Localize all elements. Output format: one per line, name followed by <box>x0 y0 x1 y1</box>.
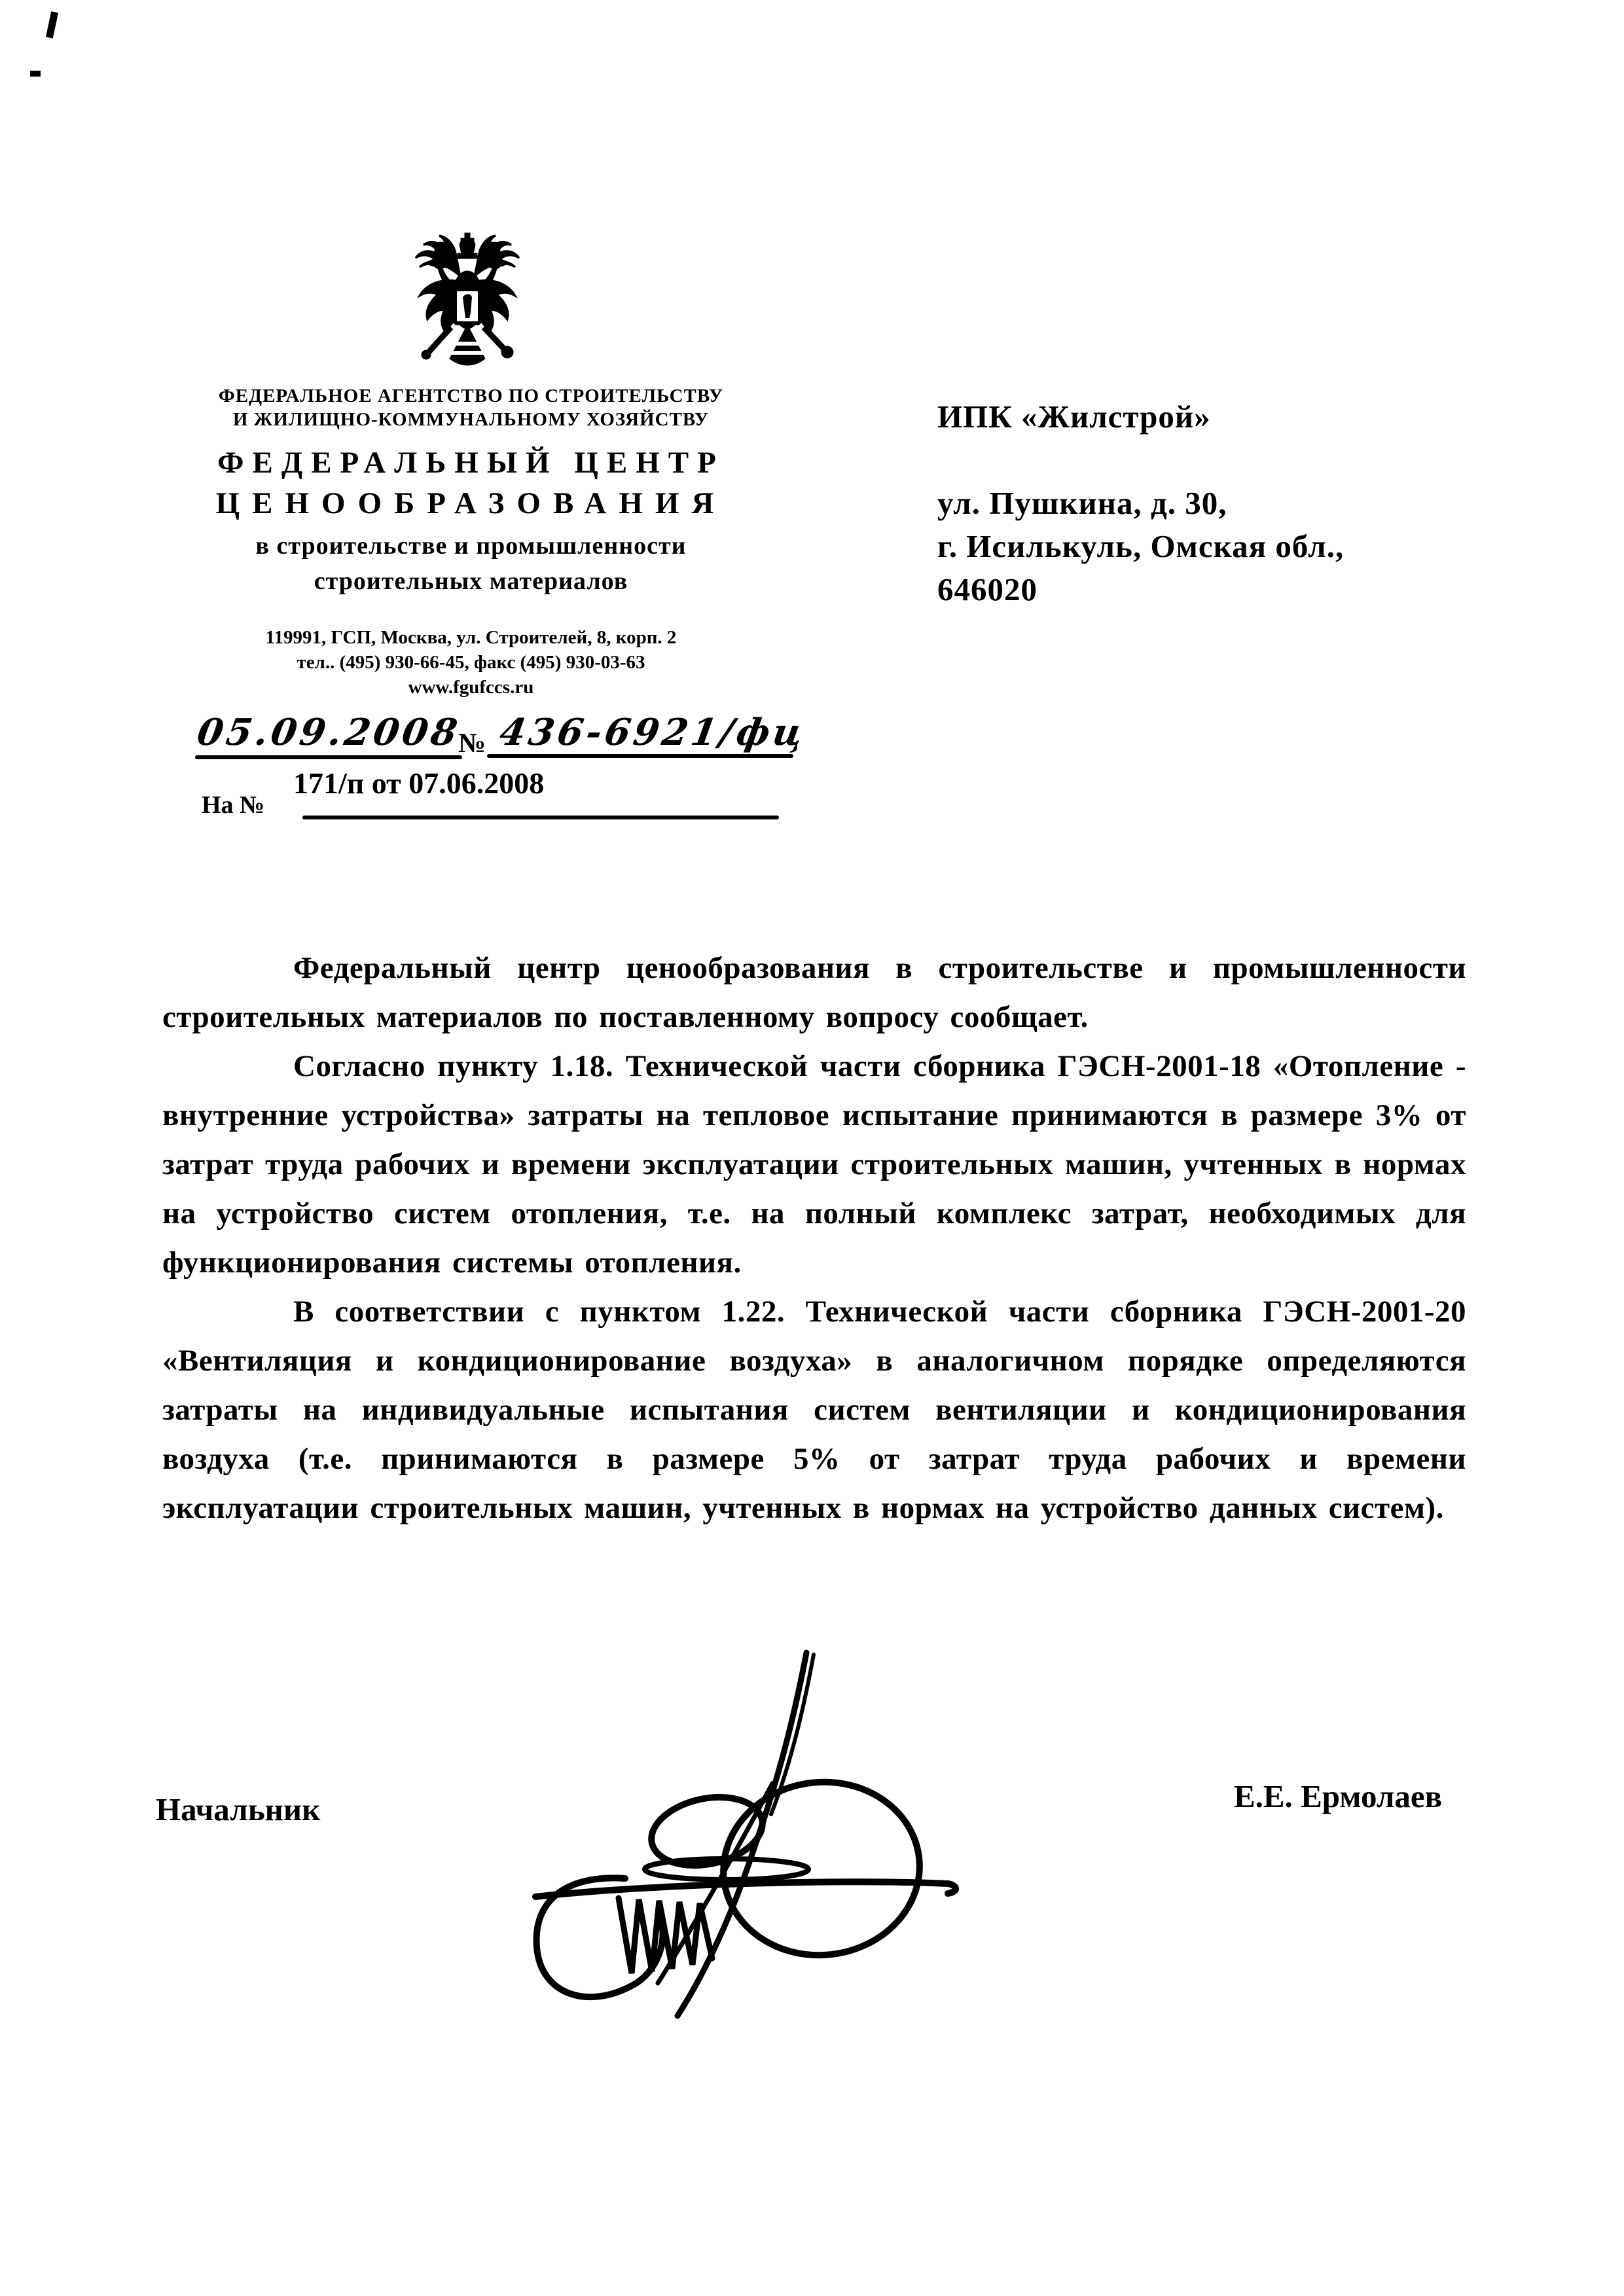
org-title-line2: ЦЕНООБРАЗОВАНИЯ <box>152 486 790 521</box>
signature-icon <box>511 1617 969 2036</box>
recipient-address-line2: г. Исилькуль, Омская обл., <box>937 528 1344 565</box>
coat-of-arms-emblem <box>403 229 532 372</box>
number-sign: № <box>458 728 486 759</box>
scan-artifact <box>30 71 41 77</box>
incoming-reference: 171/п от 07.06.2008 <box>293 766 544 800</box>
org-phone-fax: тел.. (495) 930-66-45, факс (495) 930-03… <box>152 652 790 673</box>
recipient-address-line3: 646020 <box>937 571 1038 608</box>
body-paragraph-3: В соответствии с пунктом 1.22. Техническ… <box>162 1287 1466 1533</box>
signer-name: Е.Е. Ермолаев <box>1234 1778 1442 1815</box>
recipient-address-line1: ул. Пушкина, д. 30, <box>937 484 1227 522</box>
org-website: www.fgufccs.ru <box>152 677 790 698</box>
na-no-underline <box>302 816 779 819</box>
agency-name-line2: И ЖИЛИЩНО-КОММУНАЛЬНОМУ ХОЗЯЙСТВУ <box>152 408 790 431</box>
scan-artifact <box>46 11 58 38</box>
recipient-name: ИПК «Жилстрой» <box>937 398 1211 435</box>
org-title-line1: ФЕДЕРАЛЬНЫЙ ЦЕНТР <box>152 445 790 480</box>
org-subtitle-line2: строительных материалов <box>152 567 790 596</box>
letter-body: Федеральный центр ценообразования в стро… <box>162 944 1466 1533</box>
body-paragraph-2: Согласно пункту 1.18. Технической части … <box>162 1042 1466 1287</box>
outgoing-date-handwritten: 05.09.2008 <box>194 711 463 754</box>
number-underline <box>487 754 793 758</box>
org-subtitle-line1: в строительстве и промышленности <box>152 531 790 560</box>
date-underline <box>195 755 462 759</box>
org-postal-address: 119991, ГСП, Москва, ул. Строителей, 8, … <box>152 627 790 649</box>
russian-eagle-icon <box>403 229 532 372</box>
agency-name-line1: ФЕДЕРАЛЬНОЕ АГЕНТСТВО ПО СТРОИТЕЛЬСТВУ <box>152 385 790 407</box>
signer-title: Начальник <box>156 1791 320 1828</box>
na-no-label: На № <box>202 791 264 819</box>
handwritten-signature <box>511 1617 969 2036</box>
body-paragraph-1: Федеральный центр ценообразования в стро… <box>162 944 1466 1042</box>
outgoing-number-handwritten: 436-6921/фц <box>497 711 809 754</box>
scanned-letter-page: ФЕДЕРАЛЬНОЕ АГЕНТСТВО ПО СТРОИТЕЛЬСТВУ И… <box>0 0 1624 2296</box>
